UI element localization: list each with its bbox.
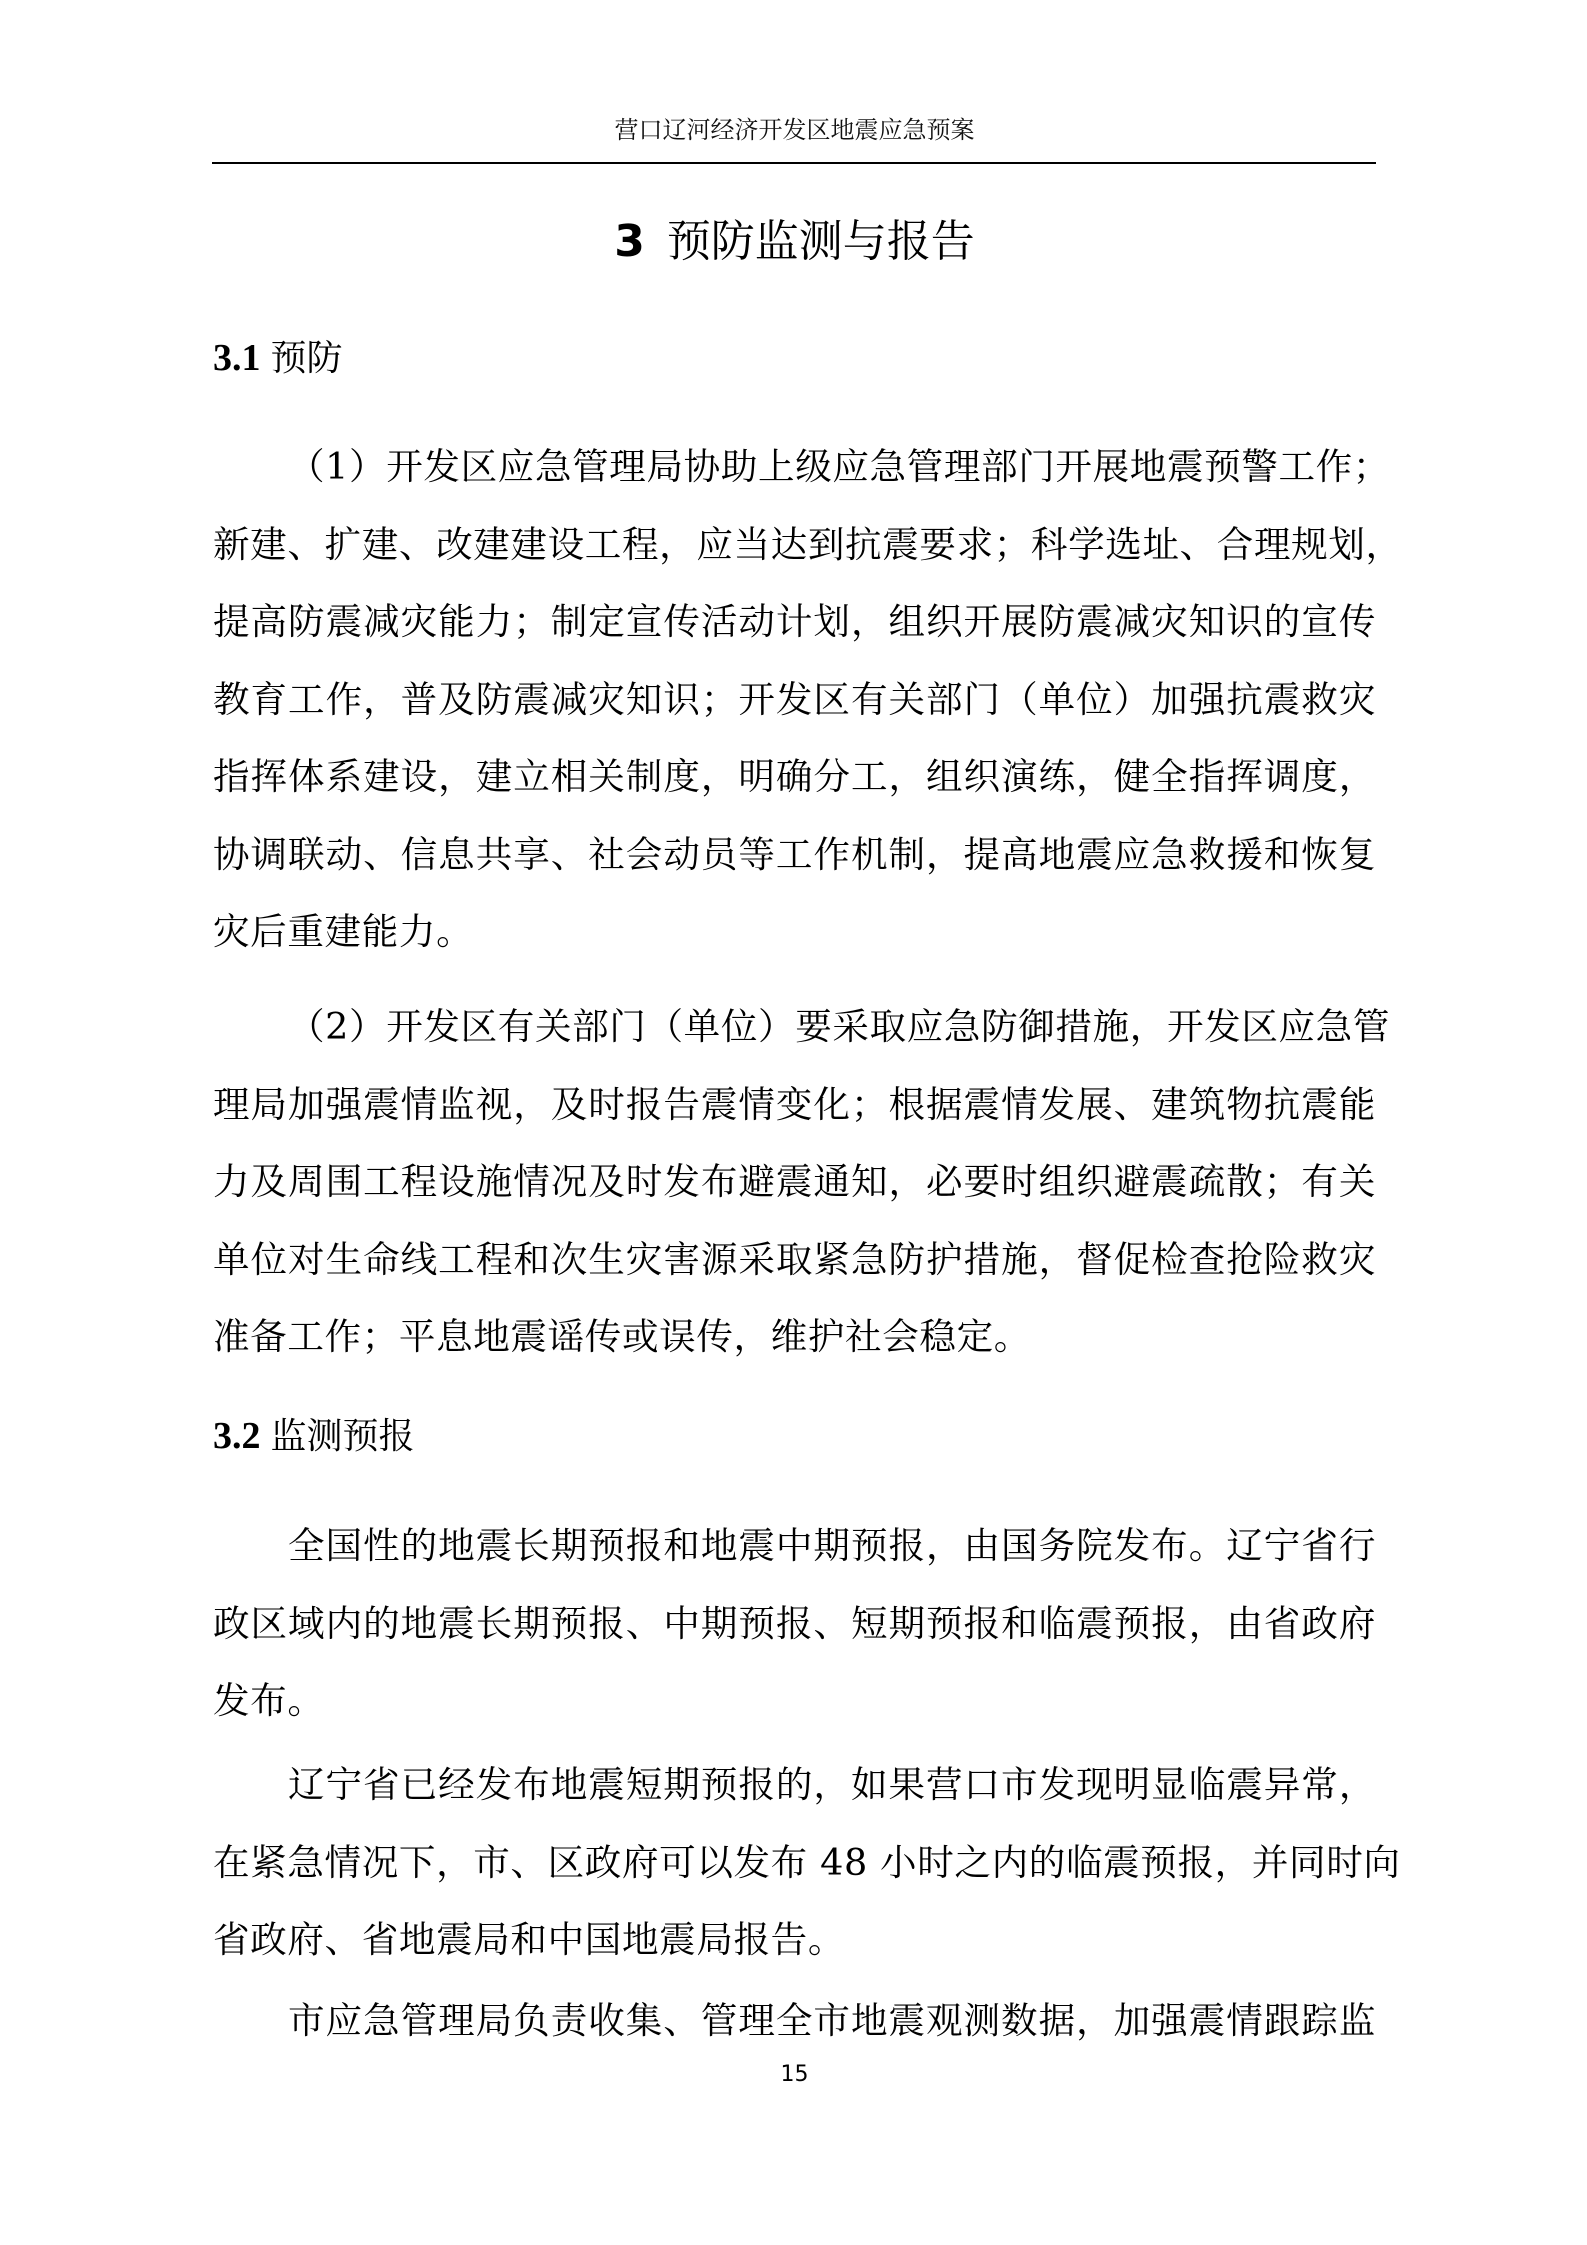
text-line: 市应急管理局负责收集、管理全市地震观测数据，加强震情跟踪监 [213, 1982, 1376, 2060]
text-line: 灾后重建能力。 [213, 893, 1376, 971]
section-heading-3-2: 3.2监测预报 [213, 1414, 415, 1459]
text-line: 政区域内的地震长期预报、中期预报、短期预报和临震预报，由省政府 [213, 1585, 1376, 1663]
text-line: 辽宁省已经发布地震短期预报的，如果营口市发现明显临震异常， [213, 1746, 1376, 1824]
document-page: 营口辽河经济开发区地震应急预案 3预防监测与报告 3.1预防 （1）开发区应急管… [0, 0, 1587, 2245]
chapter-number: 3 [614, 216, 645, 267]
paragraph: （1）开发区应急管理局协助上级应急管理部门开展地震预警工作； 新建、扩建、改建建… [213, 428, 1376, 971]
section-title: 预防 [271, 338, 343, 379]
header-rule [212, 162, 1376, 164]
paragraph: 全国性的地震长期预报和地震中期预报，由国务院发布。辽宁省行 政区域内的地震长期预… [213, 1507, 1376, 1740]
paragraph: （2）开发区有关部门（单位）要采取应急防御措施，开发区应急管 理局加强震情监视，… [213, 988, 1376, 1376]
chapter-title-text: 预防监测与报告 [667, 216, 975, 267]
text-line: （1）开发区应急管理局协助上级应急管理部门开展地震预警工作； [213, 428, 1376, 506]
text-line: 在紧急情况下，市、区政府可以发布 48 小时之内的临震预报，并同时向 [213, 1824, 1376, 1902]
page-number: 15 [213, 2062, 1376, 2088]
text-line: 新建、扩建、改建建设工程，应当达到抗震要求；科学选址、合理规划， [213, 506, 1376, 584]
section-number: 3.1 [213, 337, 261, 379]
chapter-title: 3预防监测与报告 [213, 214, 1376, 270]
section-heading-3-1: 3.1预防 [213, 336, 343, 381]
text-line: 发布。 [213, 1662, 1376, 1740]
paragraph: 市应急管理局负责收集、管理全市地震观测数据，加强震情跟踪监 [213, 1982, 1376, 2060]
text-line: 单位对生命线工程和次生灾害源采取紧急防护措施，督促检查抢险救灾 [213, 1221, 1376, 1299]
running-header: 营口辽河经济开发区地震应急预案 [213, 116, 1376, 144]
section-title: 监测预报 [271, 1416, 415, 1457]
text-line: 提高防震减灾能力；制定宣传活动计划，组织开展防震减灾知识的宣传 [213, 583, 1376, 661]
text-line: 指挥体系建设，建立相关制度，明确分工，组织演练，健全指挥调度， [213, 738, 1376, 816]
text-line: 教育工作，普及防震减灾知识；开发区有关部门（单位）加强抗震救灾 [213, 661, 1376, 739]
text-line: 准备工作；平息地震谣传或误传，维护社会稳定。 [213, 1298, 1376, 1376]
text-line: 全国性的地震长期预报和地震中期预报，由国务院发布。辽宁省行 [213, 1507, 1376, 1585]
text-line: 协调联动、信息共享、社会动员等工作机制，提高地震应急救援和恢复 [213, 816, 1376, 894]
text-line: 省政府、省地震局和中国地震局报告。 [213, 1901, 1376, 1979]
text-line: （2）开发区有关部门（单位）要采取应急防御措施，开发区应急管 [213, 988, 1376, 1066]
text-line: 力及周围工程设施情况及时发布避震通知，必要时组织避震疏散；有关 [213, 1143, 1376, 1221]
text-line: 理局加强震情监视，及时报告震情变化；根据震情发展、建筑物抗震能 [213, 1066, 1376, 1144]
section-number: 3.2 [213, 1415, 261, 1457]
paragraph: 辽宁省已经发布地震短期预报的，如果营口市发现明显临震异常， 在紧急情况下，市、区… [213, 1746, 1376, 1979]
